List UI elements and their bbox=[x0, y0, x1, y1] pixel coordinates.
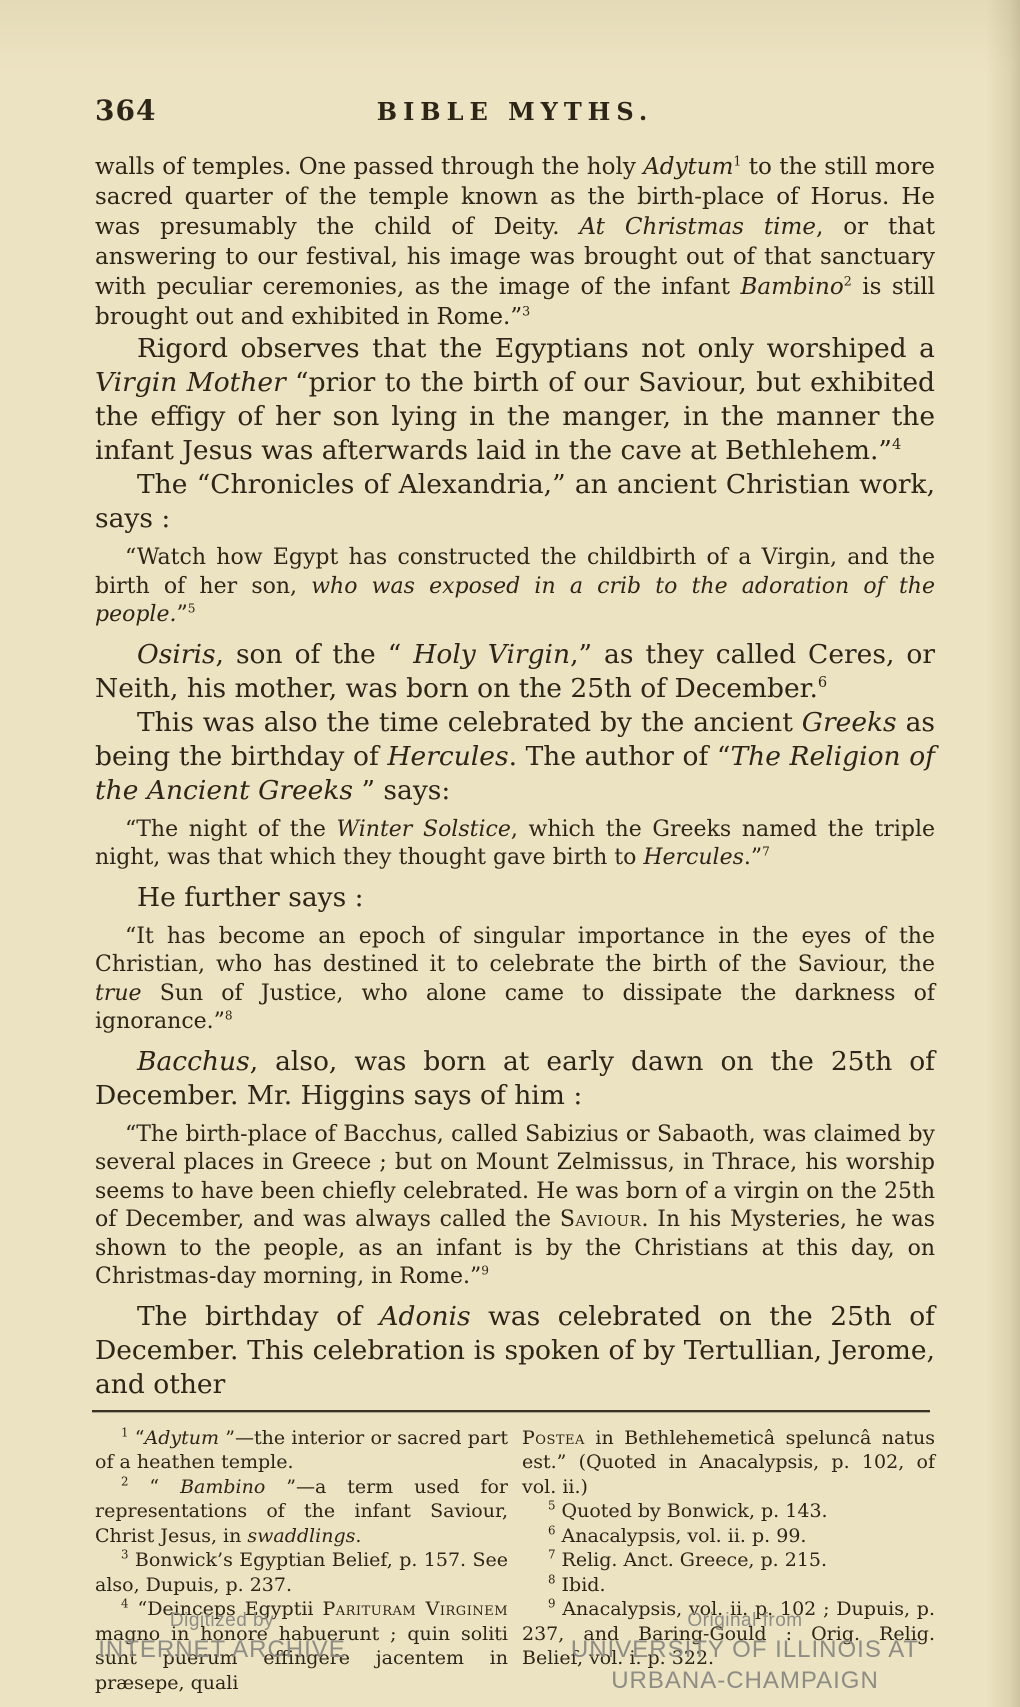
footnote-left-3: 3 Bonwick’s Egyptian Belief, p. 157. See… bbox=[95, 1548, 508, 1597]
footnote-right-2: 5 Quoted by Bonwick, p. 143. bbox=[522, 1499, 935, 1524]
body-paragraph-4: “Watch how Egypt has constructed the chi… bbox=[95, 544, 935, 630]
body-paragraph-9: “It has become an epoch of singular impo… bbox=[95, 923, 935, 1037]
original-from-label: Original from bbox=[535, 1608, 955, 1634]
footnote-right-1: Postea in Bethlehemeticâ speluncâ natus … bbox=[522, 1426, 935, 1500]
body-paragraph-1: walls of temples. One passed through the… bbox=[95, 152, 935, 332]
original-from-credit: Original from UNIVERSITY OF ILLINOIS AT … bbox=[535, 1608, 955, 1696]
university-label-line2: URBANA-CHAMPAIGN bbox=[535, 1665, 955, 1696]
digitized-by-label: Digitized by bbox=[72, 1608, 372, 1634]
book-page: 364 BIBLE MYTHS. walls of temples. One p… bbox=[0, 0, 1020, 1707]
footnote-divider bbox=[92, 1410, 930, 1412]
body-paragraph-2: Rigord observes that the Egyptians not o… bbox=[95, 332, 935, 468]
body-text-block: walls of temples. One passed through the… bbox=[95, 152, 935, 1695]
footnote-right-5: 8 Ibid. bbox=[522, 1573, 935, 1598]
body-paragraph-7: “The night of the Winter Solstice, which… bbox=[95, 816, 935, 873]
university-label-line1: UNIVERSITY OF ILLINOIS AT bbox=[535, 1634, 955, 1665]
footnote-left-2: 2 “ Bambino ”—a term used for representa… bbox=[95, 1475, 508, 1549]
body-paragraph-6: This was also the time celebrated by the… bbox=[95, 706, 935, 808]
page-title: BIBLE MYTHS. bbox=[95, 94, 935, 126]
body-paragraph-10: Bacchus, also, was born at early dawn on… bbox=[95, 1045, 935, 1113]
page-top-shading bbox=[0, 0, 1020, 70]
page-header: 364 BIBLE MYTHS. bbox=[95, 94, 935, 128]
footnote-left-1: 1 “Adytum ”—the interior or sacred part … bbox=[95, 1426, 508, 1475]
page-edge-shadow bbox=[986, 0, 1020, 1707]
page-number: 364 bbox=[95, 94, 156, 127]
digitized-by-credit: Digitized by INTERNET ARCHIVE bbox=[72, 1608, 372, 1665]
internet-archive-label: INTERNET ARCHIVE bbox=[72, 1634, 372, 1665]
body-paragraph-5: Osiris, son of the “ Holy Virgin,” as th… bbox=[95, 638, 935, 706]
body-paragraph-3: The “Chronicles of Alexandria,” an ancie… bbox=[95, 468, 935, 536]
body-paragraph-8: He further says : bbox=[95, 881, 935, 915]
footnote-right-4: 7 Relig. Anct. Greece, p. 215. bbox=[522, 1548, 935, 1573]
body-paragraph-12: The birthday of Adonis was celebrated on… bbox=[95, 1300, 935, 1402]
body-paragraph-11: “The birth-place of Bacchus, called Sabi… bbox=[95, 1121, 935, 1292]
footnote-right-3: 6 Anacalypsis, vol. ii. p. 99. bbox=[522, 1524, 935, 1549]
